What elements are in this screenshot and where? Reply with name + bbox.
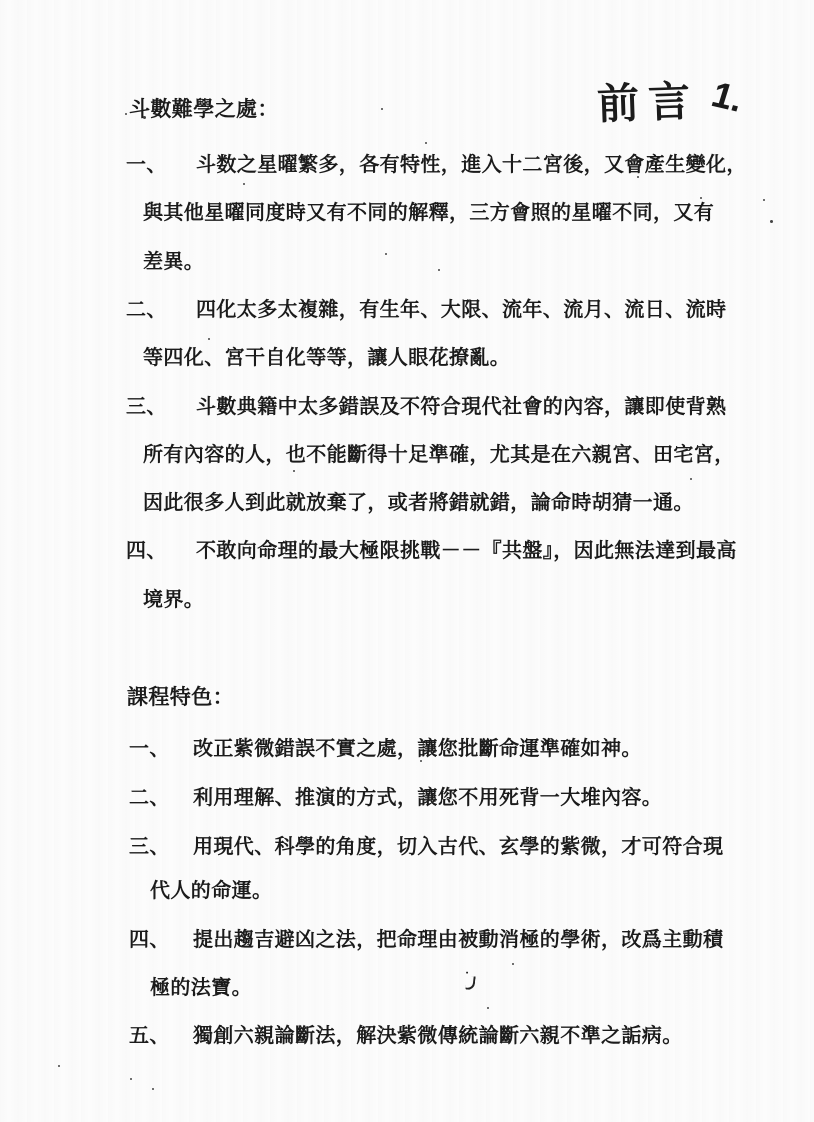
list-item-line: 斗数之星曜繁多，各有特性，進入十二宮後，又會產生變化， <box>196 152 747 178</box>
scan-speckle <box>700 197 702 199</box>
scan-speckle <box>152 1088 154 1090</box>
scan-speckle <box>385 253 387 255</box>
scan-speckle <box>125 113 127 115</box>
section-title: 斗數難學之處： <box>129 97 279 123</box>
scan-speckle <box>208 338 210 340</box>
scan-speckle <box>487 1007 489 1009</box>
document-page: 前言 1. 斗數難學之處： 一、 斗数之星曜繁多，各有特性，進入十二宮後，又會產… <box>0 0 814 1122</box>
scan-speckle <box>438 269 440 271</box>
scan-speckle <box>143 116 146 119</box>
ink-smudge <box>465 976 475 991</box>
scan-speckle <box>420 760 422 762</box>
list-item-line: 代人的命運。 <box>150 878 272 904</box>
list-item-marker: 二、 <box>126 297 167 323</box>
scan-speckle <box>512 963 514 965</box>
list-item-line: 用現代、科學的角度，切入古代、玄學的紫微，才可符合現 <box>193 834 723 860</box>
scan-speckle <box>425 142 427 144</box>
handwritten-preface-title: 前言 <box>596 68 700 132</box>
scan-speckle <box>637 176 639 178</box>
scan-speckle <box>690 478 692 480</box>
list-item-line: 與其他星曜同度時又有不同的解釋，三方會照的星曜不同，又有 <box>143 200 714 226</box>
scan-speckle <box>770 220 773 223</box>
scan-speckle <box>243 183 245 185</box>
list-item-marker: 三、 <box>126 394 167 420</box>
list-item-line: 改正紫微錯誤不實之處，讓您批斷命運準確如神。 <box>193 736 642 762</box>
list-item-marker: 五、 <box>129 1023 170 1049</box>
list-item-line: 四化太多太複雜，有生年、大限、流年、流月、流日、流時 <box>196 297 726 323</box>
list-item-line: 不敢向命理的最大極限挑戰－－『共盤』，因此無法達到最高 <box>196 538 737 564</box>
list-item-marker: 一、 <box>126 152 167 178</box>
list-item-line: 等四化、宮干自化等等，讓人眼花撩亂。 <box>143 345 510 371</box>
scan-speckle <box>293 470 295 472</box>
list-item-line: 獨創六親論斷法，解決紫微傳統論斷六親不準之詬病。 <box>193 1023 683 1049</box>
list-item-line: 極的法寶。 <box>150 975 252 1001</box>
scan-speckle <box>381 108 383 110</box>
list-item-line: 所有內容的人，也不能斷得十足準確，尤其是在六親宮、田宅宮， <box>143 442 735 468</box>
list-item-marker: 四、 <box>126 538 167 564</box>
handwritten-page-number: 1. <box>710 73 744 122</box>
list-item-marker: 二、 <box>129 785 170 811</box>
list-item-marker: 一、 <box>129 736 170 762</box>
list-item-line: 利用理解、推演的方式，讓您不用死背一大堆內容。 <box>193 785 662 811</box>
section-title: 課程特色： <box>127 685 234 711</box>
list-item-line: 差異。 <box>143 249 204 275</box>
list-item-marker: 三、 <box>129 834 170 860</box>
scan-speckle <box>130 1078 132 1080</box>
list-item-line: 因此很多人到此就放棄了，或者將錯就錯，論命時胡猜一通。 <box>143 490 694 516</box>
list-item-marker: 四、 <box>129 927 170 953</box>
scan-speckle <box>763 199 765 201</box>
list-item-line: 境界。 <box>143 587 204 613</box>
scan-speckle <box>58 1065 60 1067</box>
list-item-line: 斗數典籍中太多錯誤及不符合現代社會的內容，讓即使背熟 <box>196 394 726 420</box>
list-item-line: 提出趨吉避凶之法，把命理由被動消極的學術，改爲主動積 <box>193 927 723 953</box>
